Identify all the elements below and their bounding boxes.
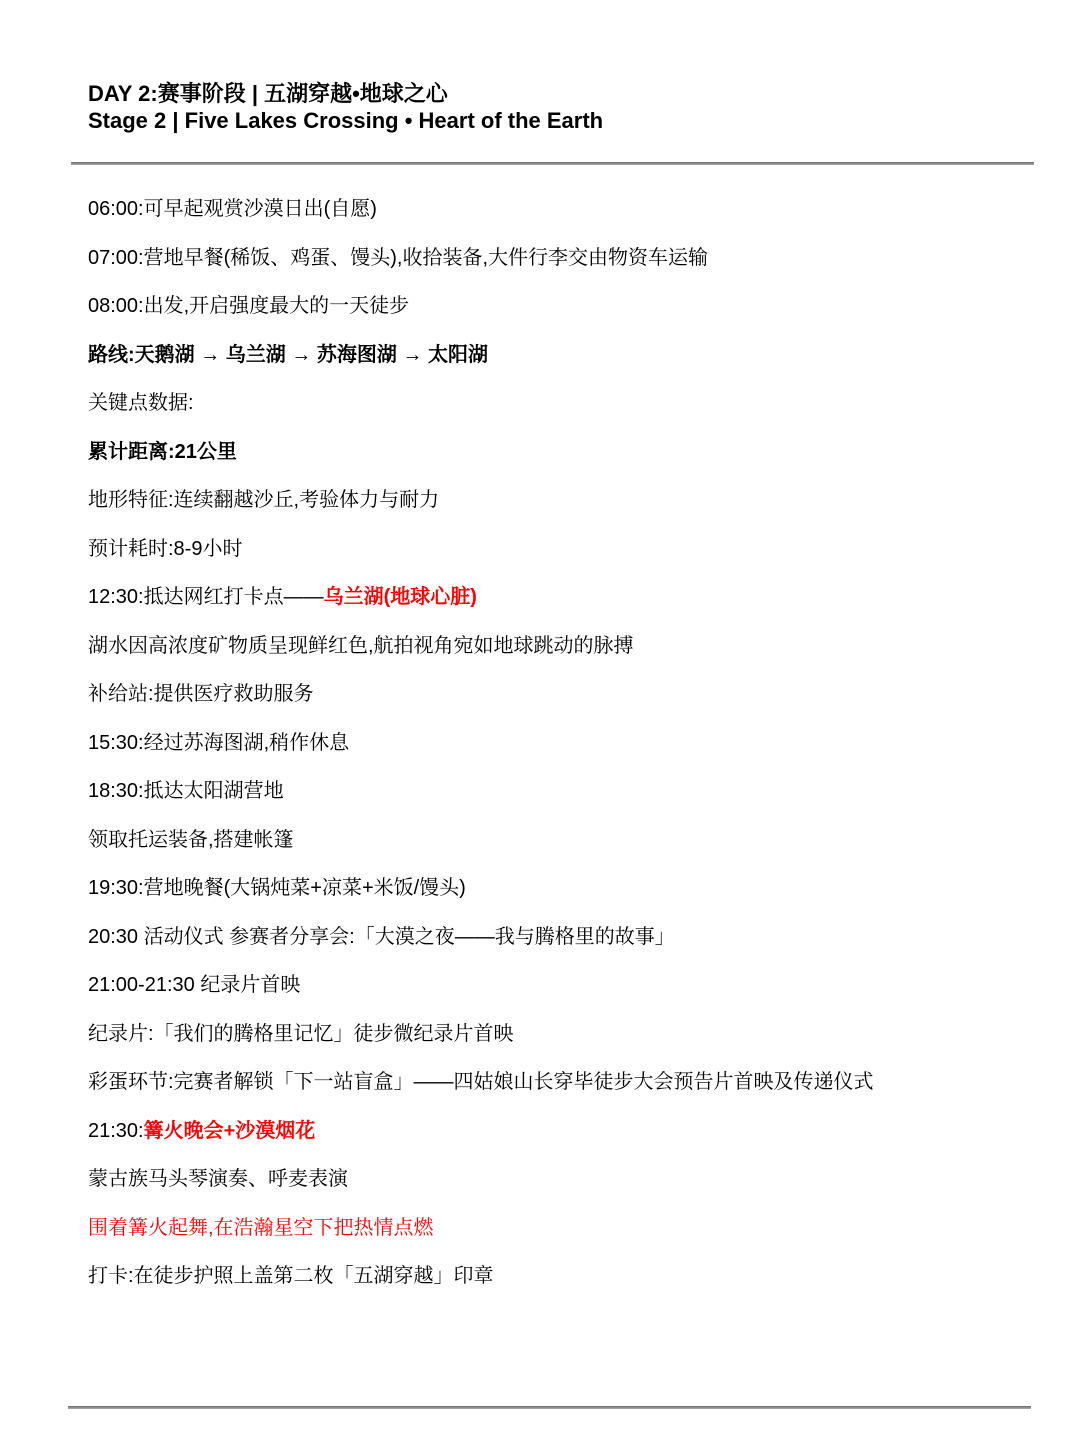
text-segment: 21:00-21:30 纪录片首映	[88, 974, 300, 996]
text-segment: 预计耗时:8-9小时	[88, 538, 242, 560]
title-chinese: DAY 2:赛事阶段 | 五湖穿越•地球之心	[88, 80, 1040, 107]
paragraph: 关键点数据:	[88, 393, 1050, 413]
text-segment: 20:30 活动仪式 参赛者分享会:「大漠之夜——我与腾格里的故事」	[88, 926, 675, 948]
paragraph: 纪录片:「我们的腾格里记忆」徒步微纪录片首映	[88, 1024, 1050, 1044]
text-segment: 累计距离:21公里	[88, 441, 237, 463]
paragraph: 打卡:在徒步护照上盖第二枚「五湖穿越」印章	[88, 1266, 1050, 1286]
text-segment: 地形特征:连续翻越沙丘,考验体力与耐力	[88, 489, 439, 511]
text-segment: 纪录片:「我们的腾格里记忆」徒步微纪录片首映	[88, 1023, 514, 1045]
paragraph: 领取托运装备,搭建帐篷	[88, 830, 1050, 850]
text-segment: 08:00:出发,开启强度最大的一天徒步	[88, 295, 409, 317]
paragraph: 07:00:营地早餐(稀饭、鸡蛋、馒头),收拾装备,大件行李交由物资车运输	[88, 248, 1050, 268]
paragraph: 补给站:提供医疗救助服务	[88, 684, 1050, 704]
text-segment: 打卡:在徒步护照上盖第二枚「五湖穿越」印章	[88, 1265, 494, 1287]
text-segment: 18:30:抵达太阳湖营地	[88, 780, 284, 802]
text-segment: 12:30:抵达网红打卡点——	[88, 586, 324, 608]
paragraph: 21:30:篝火晚会+沙漠烟花	[88, 1121, 1050, 1141]
paragraph: 湖水因高浓度矿物质呈现鲜红色,航拍视角宛如地球跳动的脉搏	[88, 636, 1050, 656]
paragraph: 路线:天鹅湖 → 乌兰湖 → 苏海图湖 → 太阳湖	[88, 345, 1050, 365]
paragraph: 08:00:出发,开启强度最大的一天徒步	[88, 296, 1050, 316]
paragraph: 06:00:可早起观赏沙漠日出(自愿)	[88, 199, 1050, 219]
paragraph: 18:30:抵达太阳湖营地	[88, 781, 1050, 801]
text-segment: 路线:天鹅湖 → 乌兰湖 → 苏海图湖 → 太阳湖	[88, 344, 488, 366]
highlight-text: 乌兰湖(地球心脏)	[324, 586, 477, 608]
paragraph: 12:30:抵达网红打卡点——乌兰湖(地球心脏)	[88, 587, 1050, 607]
highlight-text: 篝火晚会+沙漠烟花	[144, 1120, 316, 1142]
title-english: Stage 2 | Five Lakes Crossing • Heart of…	[88, 107, 1040, 134]
paragraph: 20:30 活动仪式 参赛者分享会:「大漠之夜——我与腾格里的故事」	[88, 927, 1050, 947]
text-segment: 19:30:营地晚餐(大锅炖菜+凉菜+米饭/馒头)	[88, 877, 466, 899]
text-segment: 领取托运装备,搭建帐篷	[88, 829, 294, 851]
paragraph: 19:30:营地晚餐(大锅炖菜+凉菜+米饭/馒头)	[88, 878, 1050, 898]
highlight-text: 围着篝火起舞,在浩瀚星空下把热情点燃	[88, 1217, 434, 1239]
paragraph: 围着篝火起舞,在浩瀚星空下把热情点燃	[88, 1218, 1050, 1238]
document-body: 06:00:可早起观赏沙漠日出(自愿)07:00:营地早餐(稀饭、鸡蛋、馒头),…	[88, 199, 1050, 1286]
document-header: DAY 2:赛事阶段 | 五湖穿越•地球之心 Stage 2 | Five La…	[88, 80, 1040, 134]
footer-divider	[68, 1406, 1031, 1409]
text-segment: 07:00:营地早餐(稀饭、鸡蛋、馒头),收拾装备,大件行李交由物资车运输	[88, 247, 708, 269]
paragraph: 15:30:经过苏海图湖,稍作休息	[88, 733, 1050, 753]
paragraph: 预计耗时:8-9小时	[88, 539, 1050, 559]
text-segment: 湖水因高浓度矿物质呈现鲜红色,航拍视角宛如地球跳动的脉搏	[88, 635, 634, 657]
text-segment: 关键点数据:	[88, 392, 194, 414]
text-segment: 蒙古族马头琴演奏、呼麦表演	[88, 1168, 348, 1190]
paragraph: 蒙古族马头琴演奏、呼麦表演	[88, 1169, 1050, 1189]
text-segment: 补给站:提供医疗救助服务	[88, 683, 314, 705]
text-segment: 彩蛋环节:完赛者解锁「下一站盲盒」——四姑娘山长穿毕徒步大会预告片首映及传递仪式	[88, 1071, 874, 1093]
paragraph: 21:00-21:30 纪录片首映	[88, 975, 1050, 995]
paragraph: 地形特征:连续翻越沙丘,考验体力与耐力	[88, 490, 1050, 510]
text-segment: 06:00:可早起观赏沙漠日出(自愿)	[88, 198, 377, 220]
text-segment: 15:30:经过苏海图湖,稍作休息	[88, 732, 349, 754]
document-page: DAY 2:赛事阶段 | 五湖穿越•地球之心 Stage 2 | Five La…	[0, 0, 1080, 1450]
header-divider	[71, 162, 1034, 165]
paragraph: 彩蛋环节:完赛者解锁「下一站盲盒」——四姑娘山长穿毕徒步大会预告片首映及传递仪式	[88, 1072, 1050, 1092]
paragraph: 累计距离:21公里	[88, 442, 1050, 462]
text-segment: 21:30:	[88, 1120, 144, 1142]
